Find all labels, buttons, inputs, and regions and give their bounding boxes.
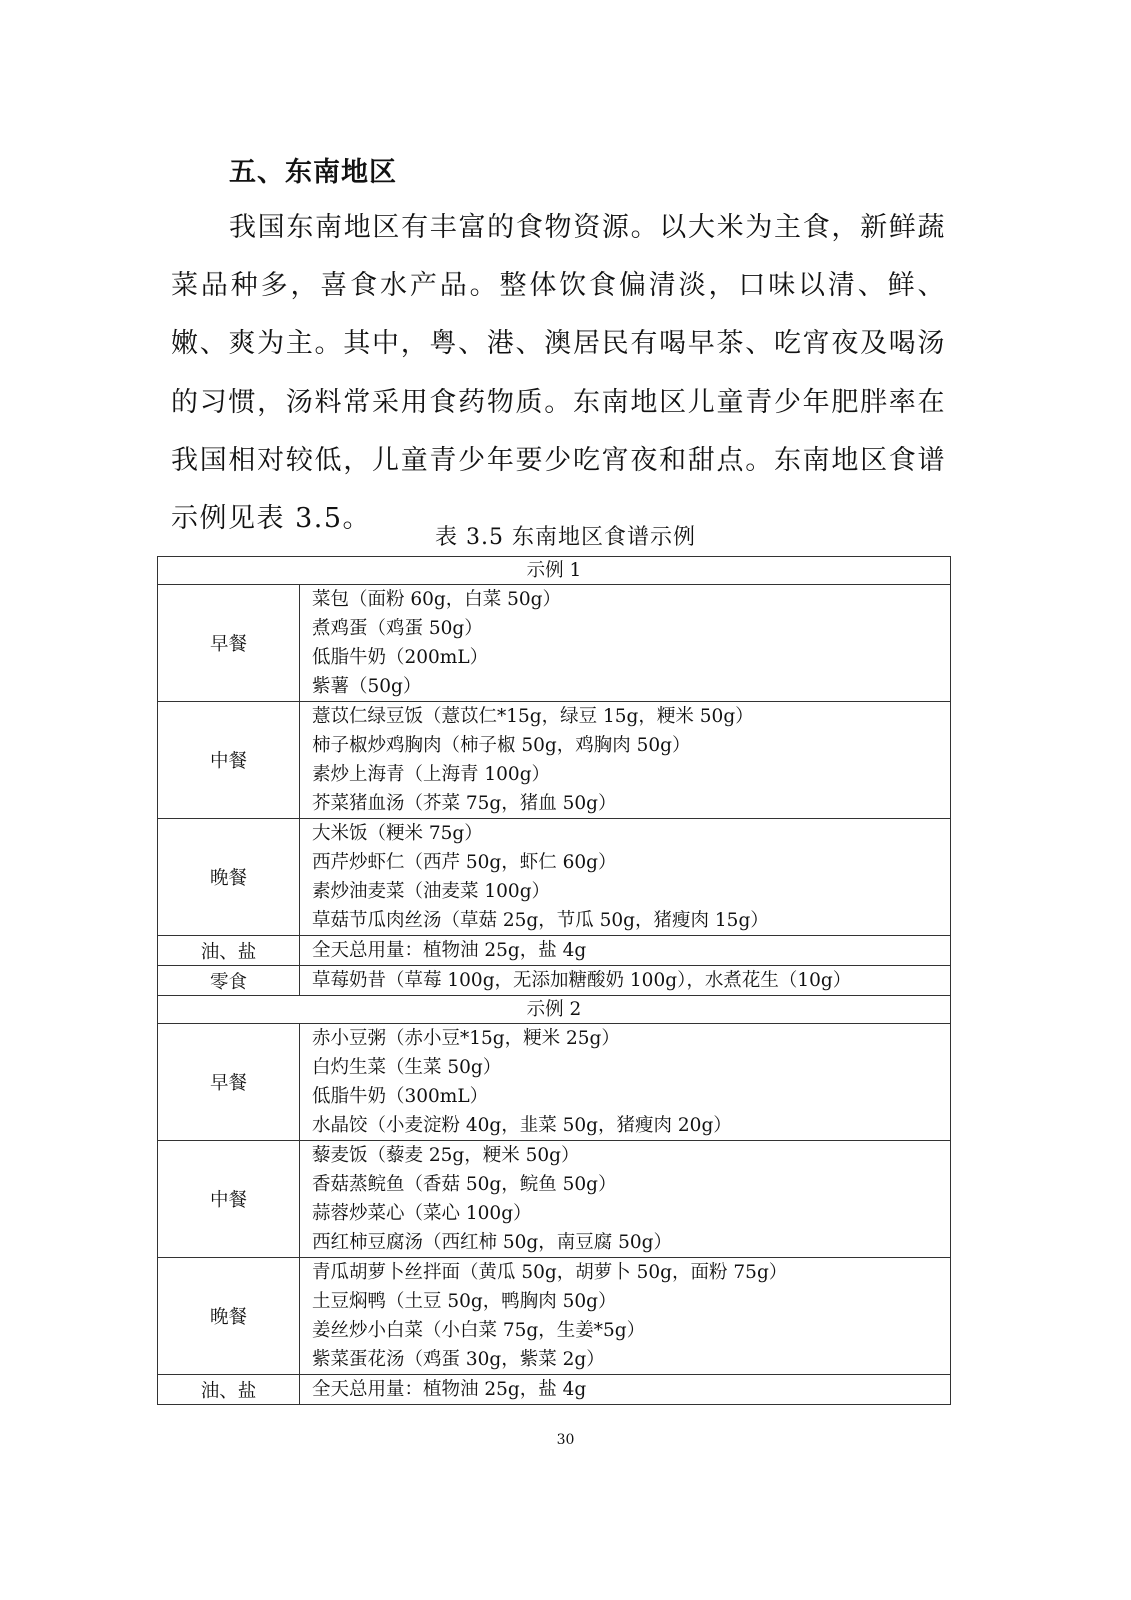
example-title: 示例 1: [158, 557, 951, 585]
dish-item: 大米饭（粳米 75g）: [312, 819, 950, 848]
dish-item: 煮鸡蛋（鸡蛋 50g）: [312, 614, 950, 643]
dish-item: 西红柿豆腐汤（西红柿 50g，南豆腐 50g）: [312, 1228, 950, 1257]
meal-row: 中餐薏苡仁绿豆饭（薏苡仁*15g，绿豆 15g，粳米 50g）柿子椒炒鸡胸肉（柿…: [158, 702, 951, 819]
dish-item: 草莓奶昔（草莓 100g，无添加糖酸奶 100g），水煮花生（10g）: [312, 966, 950, 995]
meal-label: 晚餐: [158, 1258, 300, 1375]
menu-table-body: 示例 1早餐菜包（面粉 60g，白菜 50g）煮鸡蛋（鸡蛋 50g）低脂牛奶（2…: [158, 557, 951, 1405]
dish-item: 藜麦饭（藜麦 25g，粳米 50g）: [312, 1141, 950, 1170]
meal-label: 油、盐: [158, 936, 300, 966]
dish-item: 水晶饺（小麦淀粉 40g，韭菜 50g，猪瘦肉 20g）: [312, 1111, 950, 1140]
dish-item: 低脂牛奶（300mL）: [312, 1082, 950, 1111]
meal-row: 油、盐全天总用量：植物油 25g，盐 4g: [158, 936, 951, 966]
dish-item: 紫薯（50g）: [312, 672, 950, 701]
meal-row: 油、盐全天总用量：植物油 25g，盐 4g: [158, 1375, 951, 1405]
meal-label: 早餐: [158, 585, 300, 702]
dish-item: 芥菜猪血汤（芥菜 75g，猪血 50g）: [312, 789, 950, 818]
page-number: 30: [0, 1432, 1131, 1448]
dish-item: 西芹炒虾仁（西芹 50g，虾仁 60g）: [312, 848, 950, 877]
dish-item: 菜包（面粉 60g，白菜 50g）: [312, 585, 950, 614]
meal-row: 晚餐青瓜胡萝卜丝拌面（黄瓜 50g，胡萝卜 50g，面粉 75g）土豆焖鸭（土豆…: [158, 1258, 951, 1375]
dish-item: 青瓜胡萝卜丝拌面（黄瓜 50g，胡萝卜 50g，面粉 75g）: [312, 1258, 950, 1287]
dish-item: 素炒油麦菜（油麦菜 100g）: [312, 877, 950, 906]
dish-item: 蒜蓉炒菜心（菜心 100g）: [312, 1199, 950, 1228]
dish-item: 全天总用量：植物油 25g，盐 4g: [312, 1375, 950, 1404]
meal-label: 早餐: [158, 1024, 300, 1141]
meal-row: 中餐藜麦饭（藜麦 25g，粳米 50g）香菇蒸鲩鱼（香菇 50g，鲩鱼 50g）…: [158, 1141, 951, 1258]
meal-row: 晚餐大米饭（粳米 75g）西芹炒虾仁（西芹 50g，虾仁 60g）素炒油麦菜（油…: [158, 819, 951, 936]
meal-label: 零食: [158, 966, 300, 996]
dish-item: 柿子椒炒鸡胸肉（柿子椒 50g，鸡胸肉 50g）: [312, 731, 950, 760]
dish-item: 低脂牛奶（200mL）: [312, 643, 950, 672]
dish-item: 全天总用量：植物油 25g，盐 4g: [312, 936, 950, 965]
example-header-row: 示例 2: [158, 996, 951, 1024]
meal-items: 青瓜胡萝卜丝拌面（黄瓜 50g，胡萝卜 50g，面粉 75g）土豆焖鸭（土豆 5…: [300, 1258, 951, 1375]
dish-item: 草菇节瓜肉丝汤（草菇 25g，节瓜 50g，猪瘦肉 15g）: [312, 906, 950, 935]
meal-items: 全天总用量：植物油 25g，盐 4g: [300, 936, 951, 966]
meal-label: 中餐: [158, 702, 300, 819]
dish-item: 白灼生菜（生菜 50g）: [312, 1053, 950, 1082]
meal-items: 全天总用量：植物油 25g，盐 4g: [300, 1375, 951, 1405]
meal-items: 草莓奶昔（草莓 100g，无添加糖酸奶 100g），水煮花生（10g）: [300, 966, 951, 996]
meal-items: 薏苡仁绿豆饭（薏苡仁*15g，绿豆 15g，粳米 50g）柿子椒炒鸡胸肉（柿子椒…: [300, 702, 951, 819]
meal-items: 赤小豆粥（赤小豆*15g，粳米 25g）白灼生菜（生菜 50g）低脂牛奶（300…: [300, 1024, 951, 1141]
meal-row: 零食草莓奶昔（草莓 100g，无添加糖酸奶 100g），水煮花生（10g）: [158, 966, 951, 996]
dish-item: 姜丝炒小白菜（小白菜 75g，生姜*5g）: [312, 1316, 950, 1345]
dish-item: 赤小豆粥（赤小豆*15g，粳米 25g）: [312, 1024, 950, 1053]
dish-item: 薏苡仁绿豆饭（薏苡仁*15g，绿豆 15g，粳米 50g）: [312, 702, 950, 731]
example-header-row: 示例 1: [158, 557, 951, 585]
dish-item: 土豆焖鸭（土豆 50g，鸭胸肉 50g）: [312, 1287, 950, 1316]
dish-item: 紫菜蛋花汤（鸡蛋 30g，紫菜 2g）: [312, 1345, 950, 1374]
meal-items: 大米饭（粳米 75g）西芹炒虾仁（西芹 50g，虾仁 60g）素炒油麦菜（油麦菜…: [300, 819, 951, 936]
dish-item: 香菇蒸鲩鱼（香菇 50g，鲩鱼 50g）: [312, 1170, 950, 1199]
meal-row: 早餐赤小豆粥（赤小豆*15g，粳米 25g）白灼生菜（生菜 50g）低脂牛奶（3…: [158, 1024, 951, 1141]
menu-table: 示例 1早餐菜包（面粉 60g，白菜 50g）煮鸡蛋（鸡蛋 50g）低脂牛奶（2…: [157, 556, 951, 1405]
meal-label: 油、盐: [158, 1375, 300, 1405]
section-heading: 五、东南地区: [229, 150, 397, 189]
meal-items: 菜包（面粉 60g，白菜 50g）煮鸡蛋（鸡蛋 50g）低脂牛奶（200mL）紫…: [300, 585, 951, 702]
meal-label: 中餐: [158, 1141, 300, 1258]
meal-items: 藜麦饭（藜麦 25g，粳米 50g）香菇蒸鲩鱼（香菇 50g，鲩鱼 50g）蒜蓉…: [300, 1141, 951, 1258]
meal-label: 晚餐: [158, 819, 300, 936]
dish-item: 素炒上海青（上海青 100g）: [312, 760, 950, 789]
meal-row: 早餐菜包（面粉 60g，白菜 50g）煮鸡蛋（鸡蛋 50g）低脂牛奶（200mL…: [158, 585, 951, 702]
table-caption: 表 3.5 东南地区食谱示例: [0, 520, 1131, 551]
example-title: 示例 2: [158, 996, 951, 1024]
intro-paragraph: 我国东南地区有丰富的食物资源。以大米为主食，新鲜蔬菜品种多，喜食水产品。整体饮食…: [171, 199, 946, 548]
